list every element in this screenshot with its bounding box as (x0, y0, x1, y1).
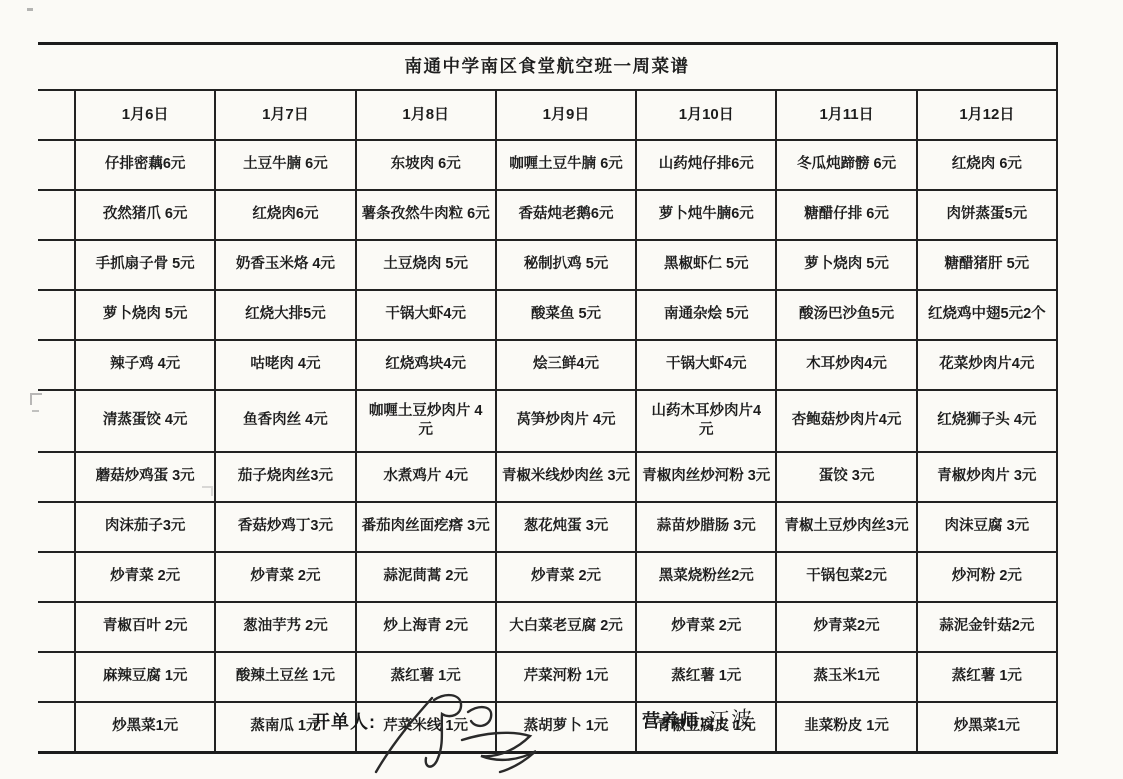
menu-cell: 蒸红薯 1元 (636, 652, 776, 702)
menu-cell: 青椒炒肉片 3元 (917, 452, 1057, 502)
menu-cell: 炒上海青 2元 (356, 602, 496, 652)
menu-cell: 辣子鸡 4元 (75, 340, 215, 390)
menu-cell: 花菜炒肉片4元 (917, 340, 1057, 390)
menu-cell: 炒青菜2元 (776, 602, 916, 652)
menu-cell: 炒黑菜1元 (917, 702, 1057, 753)
menu-cell: 干锅大虾4元 (636, 340, 776, 390)
menu-cell: 山药木耳炒肉片4 元 (636, 390, 776, 452)
row-stub-cell (38, 602, 75, 652)
menu-cell: 蛋饺 3元 (776, 452, 916, 502)
menu-cell: 大白菜老豆腐 2元 (496, 602, 636, 652)
menu-cell: 糖醋猪肝 5元 (917, 240, 1057, 290)
menu-cell: 黑椒虾仁 5元 (636, 240, 776, 290)
menu-cell: 酸汤巴沙鱼5元 (776, 290, 916, 340)
menu-cell: 酸菜鱼 5元 (496, 290, 636, 340)
page-title: 南通中学南区食堂航空班一周菜谱 (38, 44, 1057, 91)
menu-cell: 蒜泥茼蒿 2元 (356, 552, 496, 602)
menu-cell: 冬瓜炖蹄髈 6元 (776, 140, 916, 190)
row-stub-cell (38, 240, 75, 290)
menu-cell: 茄子烧肉丝3元 (215, 452, 355, 502)
menu-cell: 东坡肉 6元 (356, 140, 496, 190)
row-stub-cell (38, 552, 75, 602)
menu-cell: 炒青菜 2元 (496, 552, 636, 602)
menu-cell: 干锅大虾4元 (356, 290, 496, 340)
menu-cell: 炒河粉 2元 (917, 552, 1057, 602)
date-header: 1月10日 (636, 90, 776, 140)
menu-cell: 葱油芋艿 2元 (215, 602, 355, 652)
menu-cell: 肉饼蒸蛋5元 (917, 190, 1057, 240)
menu-cell: 红烧大排5元 (215, 290, 355, 340)
table-row: 仔排密藕6元 土豆牛腩 6元 东坡肉 6元 咖喱土豆牛腩 6元 山药炖仔排6元 … (38, 140, 1057, 190)
menu-cell: 南通杂烩 5元 (636, 290, 776, 340)
menu-cell: 干锅包菜2元 (776, 552, 916, 602)
table-row: 萝卜烧肉 5元 红烧大排5元 干锅大虾4元 酸菜鱼 5元 南通杂烩 5元 酸汤巴… (38, 290, 1057, 340)
menu-cell: 秘制扒鸡 5元 (496, 240, 636, 290)
row-stub-cell (38, 90, 75, 140)
menu-cell: 萝卜烧肉 5元 (75, 290, 215, 340)
menu-cell: 咖喱土豆牛腩 6元 (496, 140, 636, 190)
menu-cell: 木耳炒肉4元 (776, 340, 916, 390)
menu-cell: 番茄肉丝面疙瘩 3元 (356, 502, 496, 552)
scan-artifact (32, 410, 39, 412)
menu-cell: 萝卜炖牛腩6元 (636, 190, 776, 240)
menu-cell: 仔排密藕6元 (75, 140, 215, 190)
dietitian-label: 营养师: (642, 711, 706, 731)
menu-cell: 薯条孜然牛肉粒 6元 (356, 190, 496, 240)
title-row: 南通中学南区食堂航空班一周菜谱 (38, 44, 1057, 91)
menu-cell: 手抓扇子骨 5元 (75, 240, 215, 290)
row-stub-cell (38, 140, 75, 190)
menu-cell: 炒青菜 2元 (215, 552, 355, 602)
row-stub-cell (38, 390, 75, 452)
scan-artifact (27, 8, 33, 11)
row-stub-cell (38, 290, 75, 340)
menu-cell: 烩三鲜4元 (496, 340, 636, 390)
date-header-row: 1月6日 1月7日 1月8日 1月9日 1月10日 1月11日 1月12日 (38, 90, 1057, 140)
menu-cell: 韭菜粉皮 1元 (776, 702, 916, 753)
menu-cell: 葱花炖蛋 3元 (496, 502, 636, 552)
table-row: 孜然猪爪 6元 红烧肉6元 薯条孜然牛肉粒 6元 香菇炖老鹅6元 萝卜炖牛腩6元… (38, 190, 1057, 240)
menu-cell: 鱼香肉丝 4元 (215, 390, 355, 452)
menu-cell: 清蒸蛋饺 4元 (75, 390, 215, 452)
menu-cell: 炒青菜 2元 (636, 602, 776, 652)
scanned-menu-page: 南通中学南区食堂航空班一周菜谱 1月6日 1月7日 1月8日 1月9日 1月10… (0, 0, 1123, 779)
table-row: 蘑菇炒鸡蛋 3元 茄子烧肉丝3元 水煮鸡片 4元 青椒米线炒肉丝 3元 青椒肉丝… (38, 452, 1057, 502)
menu-cell: 奶香玉米烙 4元 (215, 240, 355, 290)
menu-cell: 山药炖仔排6元 (636, 140, 776, 190)
menu-cell: 麻辣豆腐 1元 (75, 652, 215, 702)
menu-cell: 肉沫茄子3元 (75, 502, 215, 552)
date-header: 1月9日 (496, 90, 636, 140)
menu-cell: 炒青菜 2元 (75, 552, 215, 602)
scan-artifact (30, 393, 42, 405)
issuer-label: 开单人: (312, 708, 376, 734)
menu-cell: 杏鲍菇炒肉片4元 (776, 390, 916, 452)
date-header: 1月7日 (215, 90, 355, 140)
row-stub-cell (38, 502, 75, 552)
dietitian-signature: 汪波 (708, 702, 755, 735)
date-header: 1月11日 (776, 90, 916, 140)
menu-cell: 红烧鸡中翅5元2个 (917, 290, 1057, 340)
row-stub-cell (38, 340, 75, 390)
menu-cell: 红烧肉6元 (215, 190, 355, 240)
menu-cell: 水煮鸡片 4元 (356, 452, 496, 502)
date-header: 1月12日 (917, 90, 1057, 140)
menu-cell: 肉沫豆腐 3元 (917, 502, 1057, 552)
menu-cell: 青椒土豆炒肉丝3元 (776, 502, 916, 552)
menu-cell: 咖喱土豆炒肉片 4 元 (356, 390, 496, 452)
table-row: 炒青菜 2元 炒青菜 2元 蒜泥茼蒿 2元 炒青菜 2元 黑菜烧粉丝2元 干锅包… (38, 552, 1057, 602)
menu-cell: 糖醋仔排 6元 (776, 190, 916, 240)
menu-cell: 蒸红薯 1元 (917, 652, 1057, 702)
menu-cell: 酸辣土豆丝 1元 (215, 652, 355, 702)
menu-cell: 炒黑菜1元 (75, 702, 215, 753)
menu-cell: 咕咾肉 4元 (215, 340, 355, 390)
menu-cell: 蒜泥金针菇2元 (917, 602, 1057, 652)
menu-cell: 青椒米线炒肉丝 3元 (496, 452, 636, 502)
table-row: 手抓扇子骨 5元 奶香玉米烙 4元 土豆烧肉 5元 秘制扒鸡 5元 黑椒虾仁 5… (38, 240, 1057, 290)
menu-cell: 土豆牛腩 6元 (215, 140, 355, 190)
menu-cell: 香菇炒鸡丁3元 (215, 502, 355, 552)
row-stub-cell (38, 652, 75, 702)
row-stub-cell (38, 702, 75, 753)
menu-cell: 红烧鸡块4元 (356, 340, 496, 390)
menu-cell: 萝卜烧肉 5元 (776, 240, 916, 290)
issuer-signature-scribble (368, 686, 578, 778)
menu-cell: 孜然猪爪 6元 (75, 190, 215, 240)
row-stub-cell (38, 190, 75, 240)
table-row: 辣子鸡 4元 咕咾肉 4元 红烧鸡块4元 烩三鲜4元 干锅大虾4元 木耳炒肉4元… (38, 340, 1057, 390)
menu-cell: 红烧狮子头 4元 (917, 390, 1057, 452)
row-stub-cell (38, 452, 75, 502)
date-header: 1月6日 (75, 90, 215, 140)
menu-cell: 蘑菇炒鸡蛋 3元 (75, 452, 215, 502)
menu-cell: 蒜苗炒腊肠 3元 (636, 502, 776, 552)
menu-cell: 青椒肉丝炒河粉 3元 (636, 452, 776, 502)
menu-cell: 蒸玉米1元 (776, 652, 916, 702)
menu-cell: 土豆烧肉 5元 (356, 240, 496, 290)
table-row: 清蒸蛋饺 4元 鱼香肉丝 4元 咖喱土豆炒肉片 4 元 莴笋炒肉片 4元 山药木… (38, 390, 1057, 452)
table-row: 青椒百叶 2元 葱油芋艿 2元 炒上海青 2元 大白菜老豆腐 2元 炒青菜 2元… (38, 602, 1057, 652)
table-row: 肉沫茄子3元 香菇炒鸡丁3元 番茄肉丝面疙瘩 3元 葱花炖蛋 3元 蒜苗炒腊肠 … (38, 502, 1057, 552)
menu-cell: 香菇炖老鹅6元 (496, 190, 636, 240)
menu-cell: 莴笋炒肉片 4元 (496, 390, 636, 452)
weekly-menu-table: 南通中学南区食堂航空班一周菜谱 1月6日 1月7日 1月8日 1月9日 1月10… (38, 42, 1058, 754)
date-header: 1月8日 (356, 90, 496, 140)
scan-artifact (202, 486, 213, 496)
menu-cell: 红烧肉 6元 (917, 140, 1057, 190)
menu-cell: 青椒百叶 2元 (75, 602, 215, 652)
dietitian-line: 营养师:汪波 (642, 704, 754, 734)
menu-cell: 黑菜烧粉丝2元 (636, 552, 776, 602)
